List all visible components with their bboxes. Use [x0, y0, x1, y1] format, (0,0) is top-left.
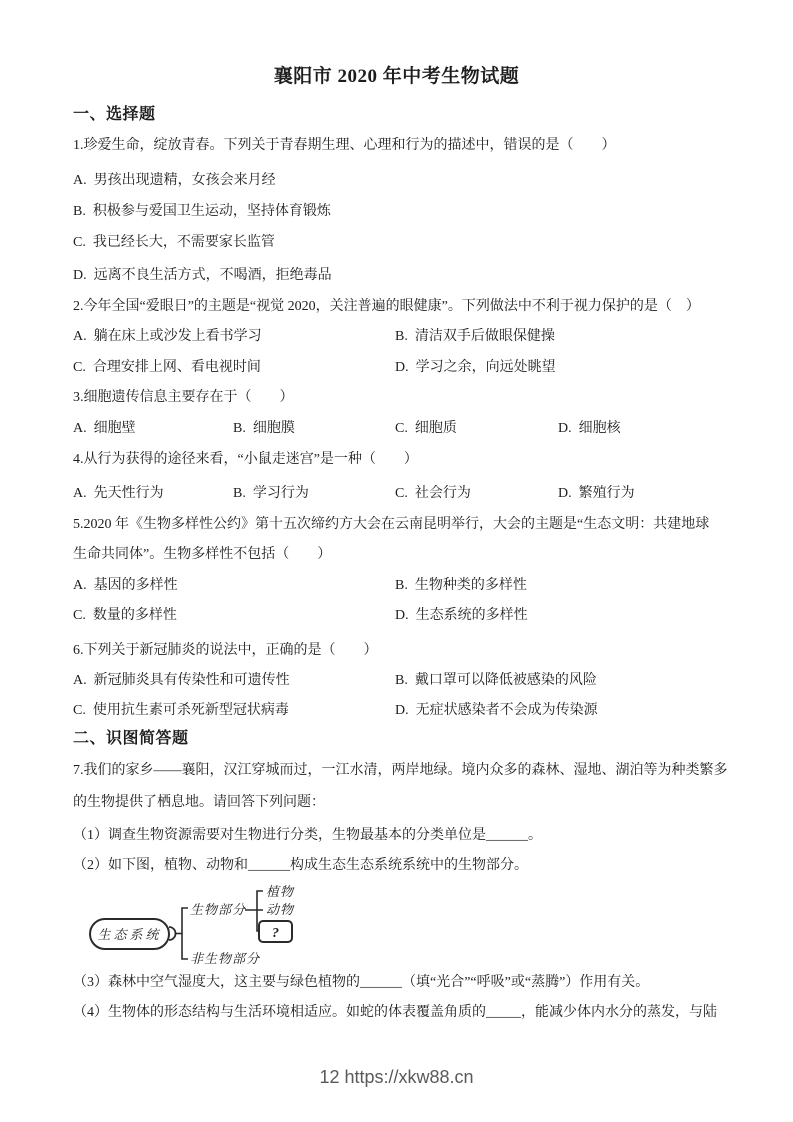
animals-label: 动物: [266, 902, 295, 917]
ecosystem-diagram: 生态系统 生物部分 非生物部分 植物 动物 ?: [85, 883, 300, 977]
question-7-text-line-2: 的生物提供了栖息地。请回答下列问题：: [73, 793, 325, 813]
question-5-option-c: C. 数量的多样性: [73, 606, 177, 626]
question-3-option-b: B. 细胞膜: [233, 419, 295, 439]
question-7-sub-4: （4）生物体的形态结构与生活环境相适应。如蛇的体表覆盖角质的_____，能减少体…: [73, 1003, 717, 1023]
question-5-options-row-2: C. 数量的多样性 D. 生态系统的多样性: [73, 606, 753, 626]
question-6-text: 6.下列关于新冠肺炎的说法中，正确的是（ ）: [73, 641, 378, 661]
question-1-option-c: C. 我已经长大，不需要家长监管: [73, 233, 275, 253]
question-5-option-a: A. 基因的多样性: [73, 576, 178, 596]
question-6-option-a: A. 新冠肺炎具有传染性和可遗传性: [73, 671, 290, 691]
section-2-heading: 二、识图简答题: [73, 729, 189, 749]
question-7-text-line-1: 7.我们的家乡——襄阳，汉江穿城而过，一江水清，两岸地绿。境内众多的森林、湿地、…: [73, 761, 728, 781]
question-4-option-c: C. 社会行为: [395, 484, 471, 504]
question-1-option-a: A. 男孩出现遗精，女孩会来月经: [73, 171, 276, 191]
question-6-option-c: C. 使用抗生素可杀死新型冠状病毒: [73, 701, 289, 721]
unknown-box-label: ?: [272, 926, 279, 941]
biotic-part-label: 生物部分: [190, 902, 247, 917]
question-6-options-row-2: C. 使用抗生素可杀死新型冠状病毒 D. 无症状感染者不会成为传染源: [73, 701, 753, 721]
question-2-options-row-2: C. 合理安排上网、看电视时间 D. 学习之余，向远处眺望: [73, 358, 753, 378]
question-2-text: 2.今年全国“爱眼日”的主题是“视觉 2020，关注普遍的眼健康”。下列做法中不…: [73, 297, 700, 317]
question-4-option-b: B. 学习行为: [233, 484, 309, 504]
question-3-option-a: A. 细胞壁: [73, 419, 136, 439]
plants-label: 植物: [266, 884, 295, 899]
question-7-sub-2: （2）如下图，植物、动物和______构成生态生态系统系统中的生物部分。: [73, 856, 528, 876]
page-footer-watermark: 12 https://xkw88.cn: [0, 1066, 793, 1088]
level-1-bracket: [182, 908, 188, 959]
question-1-option-b: B. 积极参与爱国卫生运动，坚持体育锻炼: [73, 202, 331, 222]
question-5-text-line-1: 5.2020 年《生物多样性公约》第十五次缔约方大会在云南昆明举行，大会的主题是…: [73, 515, 709, 535]
question-6-option-b: B. 戴口罩可以降低被感染的风险: [395, 671, 597, 691]
question-5-options-row-1: A. 基因的多样性 B. 生物种类的多样性: [73, 576, 753, 596]
abiotic-part-label: 非生物部分: [190, 951, 261, 966]
question-3-option-c: C. 细胞质: [395, 419, 457, 439]
question-5-text-line-2: 生命共同体”。生物多样性不包括（ ）: [73, 545, 331, 565]
question-6-option-d: D. 无症状感染者不会成为传染源: [395, 701, 598, 721]
ecosystem-node-label: 生态系统: [97, 927, 161, 942]
question-2-option-d: D. 学习之余，向远处眺望: [395, 358, 556, 378]
question-7-sub-3: （3）森林中空气湿度大，这主要与绿色植物的______（填“光合”“呼吸”或“蒸…: [73, 973, 649, 993]
question-5-option-b: B. 生物种类的多样性: [395, 576, 527, 596]
question-4-option-a: A. 先天性行为: [73, 484, 164, 504]
question-2-option-a: A. 躺在床上或沙发上看书学习: [73, 327, 262, 347]
section-1-heading: 一、选择题: [73, 105, 156, 125]
question-2-options-row-1: A. 躺在床上或沙发上看书学习 B. 清洁双手后做眼保健操: [73, 327, 753, 347]
question-4-options-row: A. 先天性行为 B. 学习行为 C. 社会行为 D. 繁殖行为: [73, 484, 753, 504]
question-3-options-row: A. 细胞壁 B. 细胞膜 C. 细胞质 D. 细胞核: [73, 419, 753, 439]
question-1-text: 1.珍爱生命，绽放青春。下列关于青春期生理、心理和行为的描述中，错误的是（ ）: [73, 136, 616, 156]
question-3-option-d: D. 细胞核: [558, 419, 621, 439]
question-4-text: 4.从行为获得的途径来看，“小鼠走迷宫”是一种（ ）: [73, 450, 418, 470]
page-title: 襄阳市 2020 年中考生物试题: [0, 63, 793, 91]
question-3-text: 3.细胞遗传信息主要存在于（ ）: [73, 388, 294, 408]
question-2-option-c: C. 合理安排上网、看电视时间: [73, 358, 261, 378]
question-7-sub-1: （1）调查生物资源需要对生物进行分类，生物最基本的分类单位是______。: [73, 826, 542, 846]
question-6-options-row-1: A. 新冠肺炎具有传染性和可遗传性 B. 戴口罩可以降低被感染的风险: [73, 671, 753, 691]
question-5-option-d: D. 生态系统的多样性: [395, 606, 528, 626]
exam-document-page: 襄阳市 2020 年中考生物试题 一、选择题 1.珍爱生命，绽放青春。下列关于青…: [0, 0, 793, 1122]
question-4-option-d: D. 繁殖行为: [558, 484, 635, 504]
question-1-option-d: D. 远离不良生活方式，不喝酒，拒绝毒品: [73, 266, 332, 286]
question-2-option-b: B. 清洁双手后做眼保健操: [395, 327, 555, 347]
